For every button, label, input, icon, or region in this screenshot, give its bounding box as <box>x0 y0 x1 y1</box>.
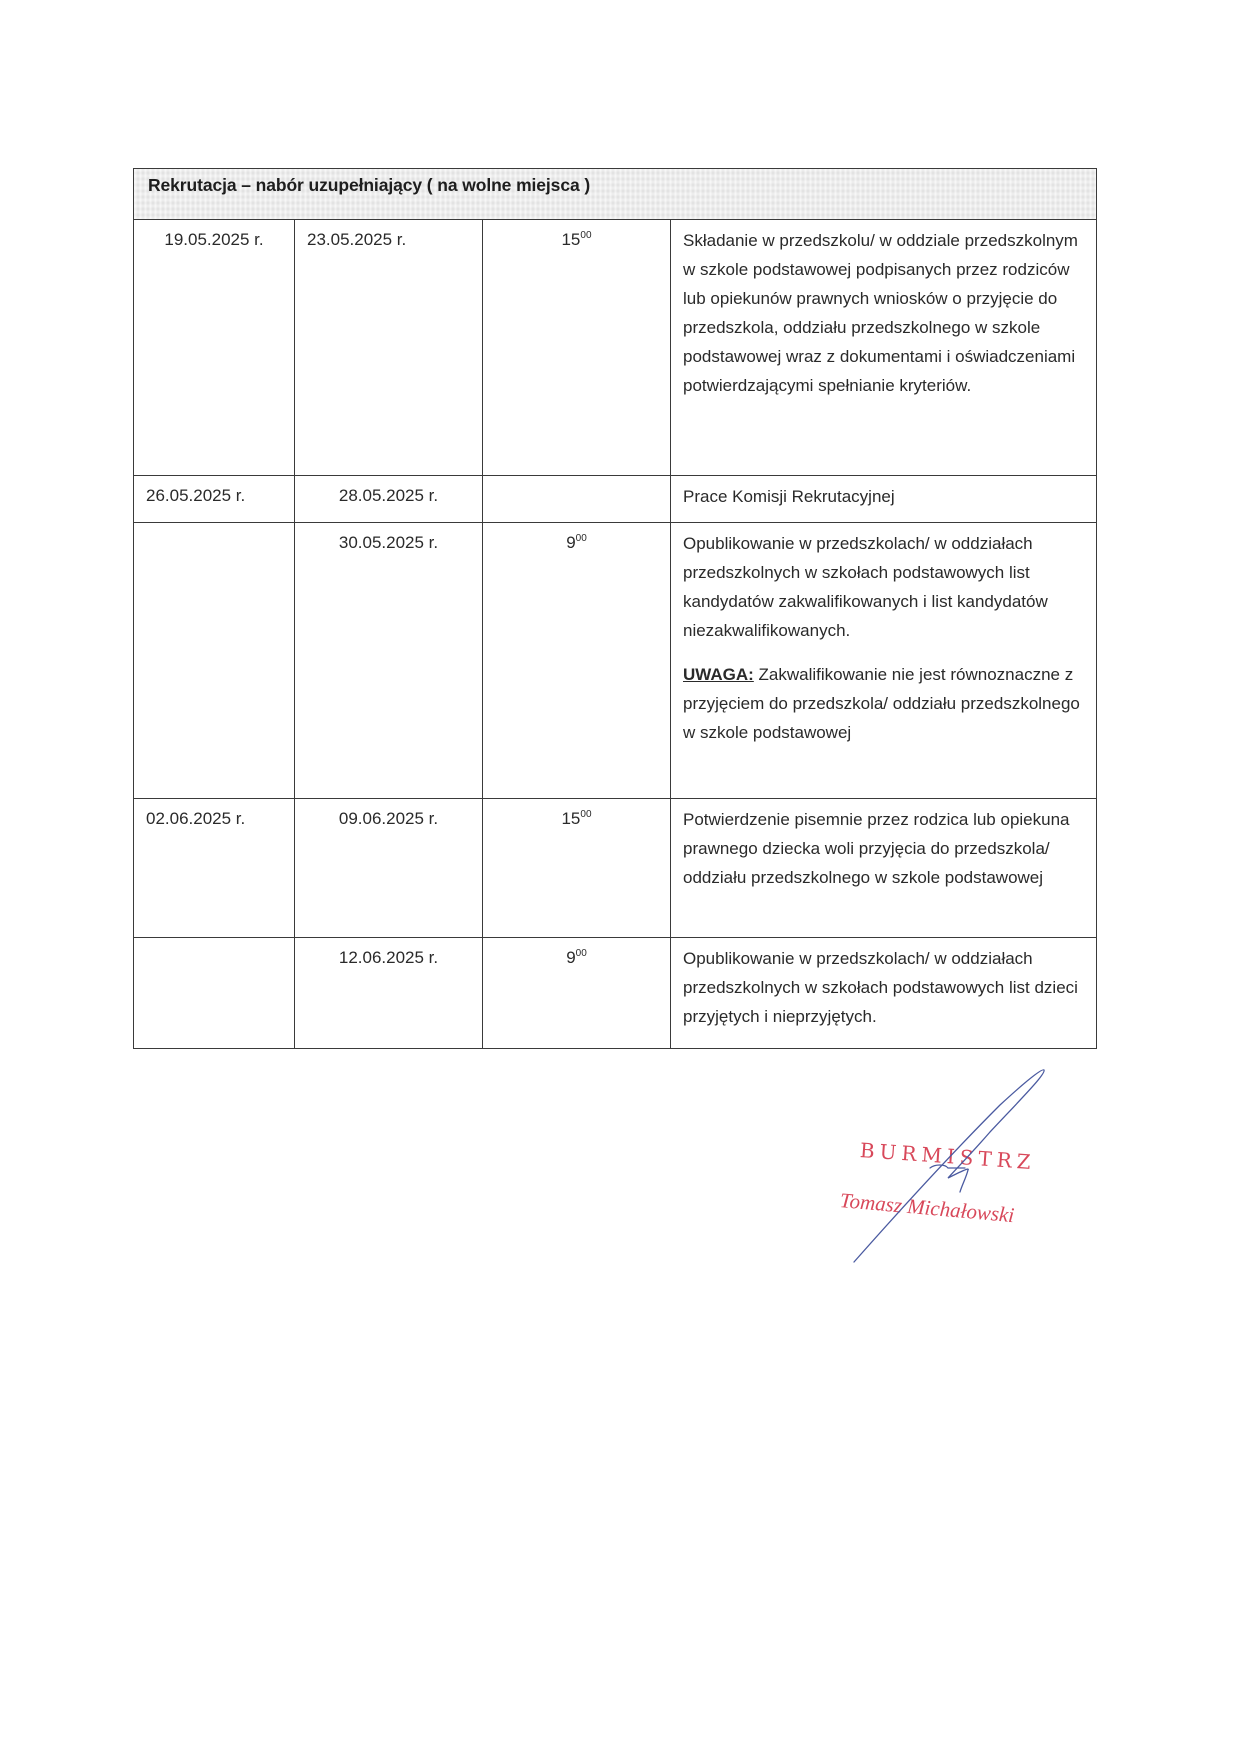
description: Opublikowanie w przedszkolach/ w oddział… <box>683 529 1086 645</box>
description-cell: Prace Komisji Rekrutacyjnej <box>671 476 1097 523</box>
date-from-cell: 26.05.2025 r. <box>134 476 295 523</box>
note: UWAGA: Zakwalifikowanie nie jest równozn… <box>683 660 1086 747</box>
time-cell: 1500 <box>483 799 671 938</box>
date-to: 12.06.2025 r. <box>295 938 482 969</box>
description-cell: Opublikowanie w przedszkolach/ w oddział… <box>671 938 1097 1049</box>
section-header-cell: Rekrutacja – nabór uzupełniający ( na wo… <box>134 169 1097 220</box>
time-hour: 15 <box>561 230 580 249</box>
table-row: 19.05.2025 r. 23.05.2025 r. 1500 Składan… <box>134 220 1097 476</box>
table-row: 12.06.2025 r. 900 Opublikowanie w przeds… <box>134 938 1097 1049</box>
date-from: 19.05.2025 r. <box>134 220 294 251</box>
date-to: 23.05.2025 r. <box>295 220 482 251</box>
table-row: 30.05.2025 r. 900 Opublikowanie w przeds… <box>134 523 1097 799</box>
time-minutes: 00 <box>580 230 591 241</box>
description: Potwierdzenie pisemnie przez rodzica lub… <box>683 805 1086 892</box>
date-from-cell <box>134 523 295 799</box>
time-hour: 9 <box>566 533 575 552</box>
date-from-cell <box>134 938 295 1049</box>
time: 900 <box>483 523 670 554</box>
description: Opublikowanie w przedszkolach/ w oddział… <box>683 944 1086 1031</box>
section-header-row: Rekrutacja – nabór uzupełniający ( na wo… <box>134 169 1097 220</box>
time-minutes: 00 <box>576 533 587 544</box>
document-page: Rekrutacja – nabór uzupełniający ( na wo… <box>0 0 1240 1754</box>
date-to-cell: 23.05.2025 r. <box>295 220 483 476</box>
time: 1500 <box>483 220 670 251</box>
signature-icon <box>820 1060 1080 1270</box>
table-row: 26.05.2025 r. 28.05.2025 r. Prace Komisj… <box>134 476 1097 523</box>
time-cell: 900 <box>483 938 671 1049</box>
description-cell: Składanie w przedszkolu/ w oddziale prze… <box>671 220 1097 476</box>
date-from: 26.05.2025 r. <box>134 476 294 507</box>
description: Prace Komisji Rekrutacyjnej <box>683 482 1086 511</box>
date-to: 30.05.2025 r. <box>295 523 482 554</box>
date-from: 02.06.2025 r. <box>134 799 294 830</box>
date-from <box>134 938 294 947</box>
time-hour: 9 <box>566 948 575 967</box>
description: Składanie w przedszkolu/ w oddziale prze… <box>683 226 1086 400</box>
date-from <box>134 523 294 532</box>
note-label: UWAGA: <box>683 665 754 684</box>
date-to: 28.05.2025 r. <box>295 476 482 507</box>
date-from-cell: 19.05.2025 r. <box>134 220 295 476</box>
description-cell: Opublikowanie w przedszkolach/ w oddział… <box>671 523 1097 799</box>
date-from-cell: 02.06.2025 r. <box>134 799 295 938</box>
time-hour: 15 <box>561 809 580 828</box>
time: 900 <box>483 938 670 969</box>
date-to-cell: 28.05.2025 r. <box>295 476 483 523</box>
date-to-cell: 30.05.2025 r. <box>295 523 483 799</box>
date-to-cell: 12.06.2025 r. <box>295 938 483 1049</box>
time-minutes: 00 <box>576 948 587 959</box>
time-cell: 1500 <box>483 220 671 476</box>
date-to: 09.06.2025 r. <box>295 799 482 830</box>
time-cell: 900 <box>483 523 671 799</box>
time-cell <box>483 476 671 523</box>
description-cell: Potwierdzenie pisemnie przez rodzica lub… <box>671 799 1097 938</box>
time: 1500 <box>483 799 670 830</box>
section-header: Rekrutacja – nabór uzupełniający ( na wo… <box>134 169 1096 196</box>
time-minutes: 00 <box>580 809 591 820</box>
table-row: 02.06.2025 r. 09.06.2025 r. 1500 Potwier… <box>134 799 1097 938</box>
date-to-cell: 09.06.2025 r. <box>295 799 483 938</box>
time <box>483 476 670 485</box>
recruitment-schedule-table: Rekrutacja – nabór uzupełniający ( na wo… <box>133 168 1097 1049</box>
